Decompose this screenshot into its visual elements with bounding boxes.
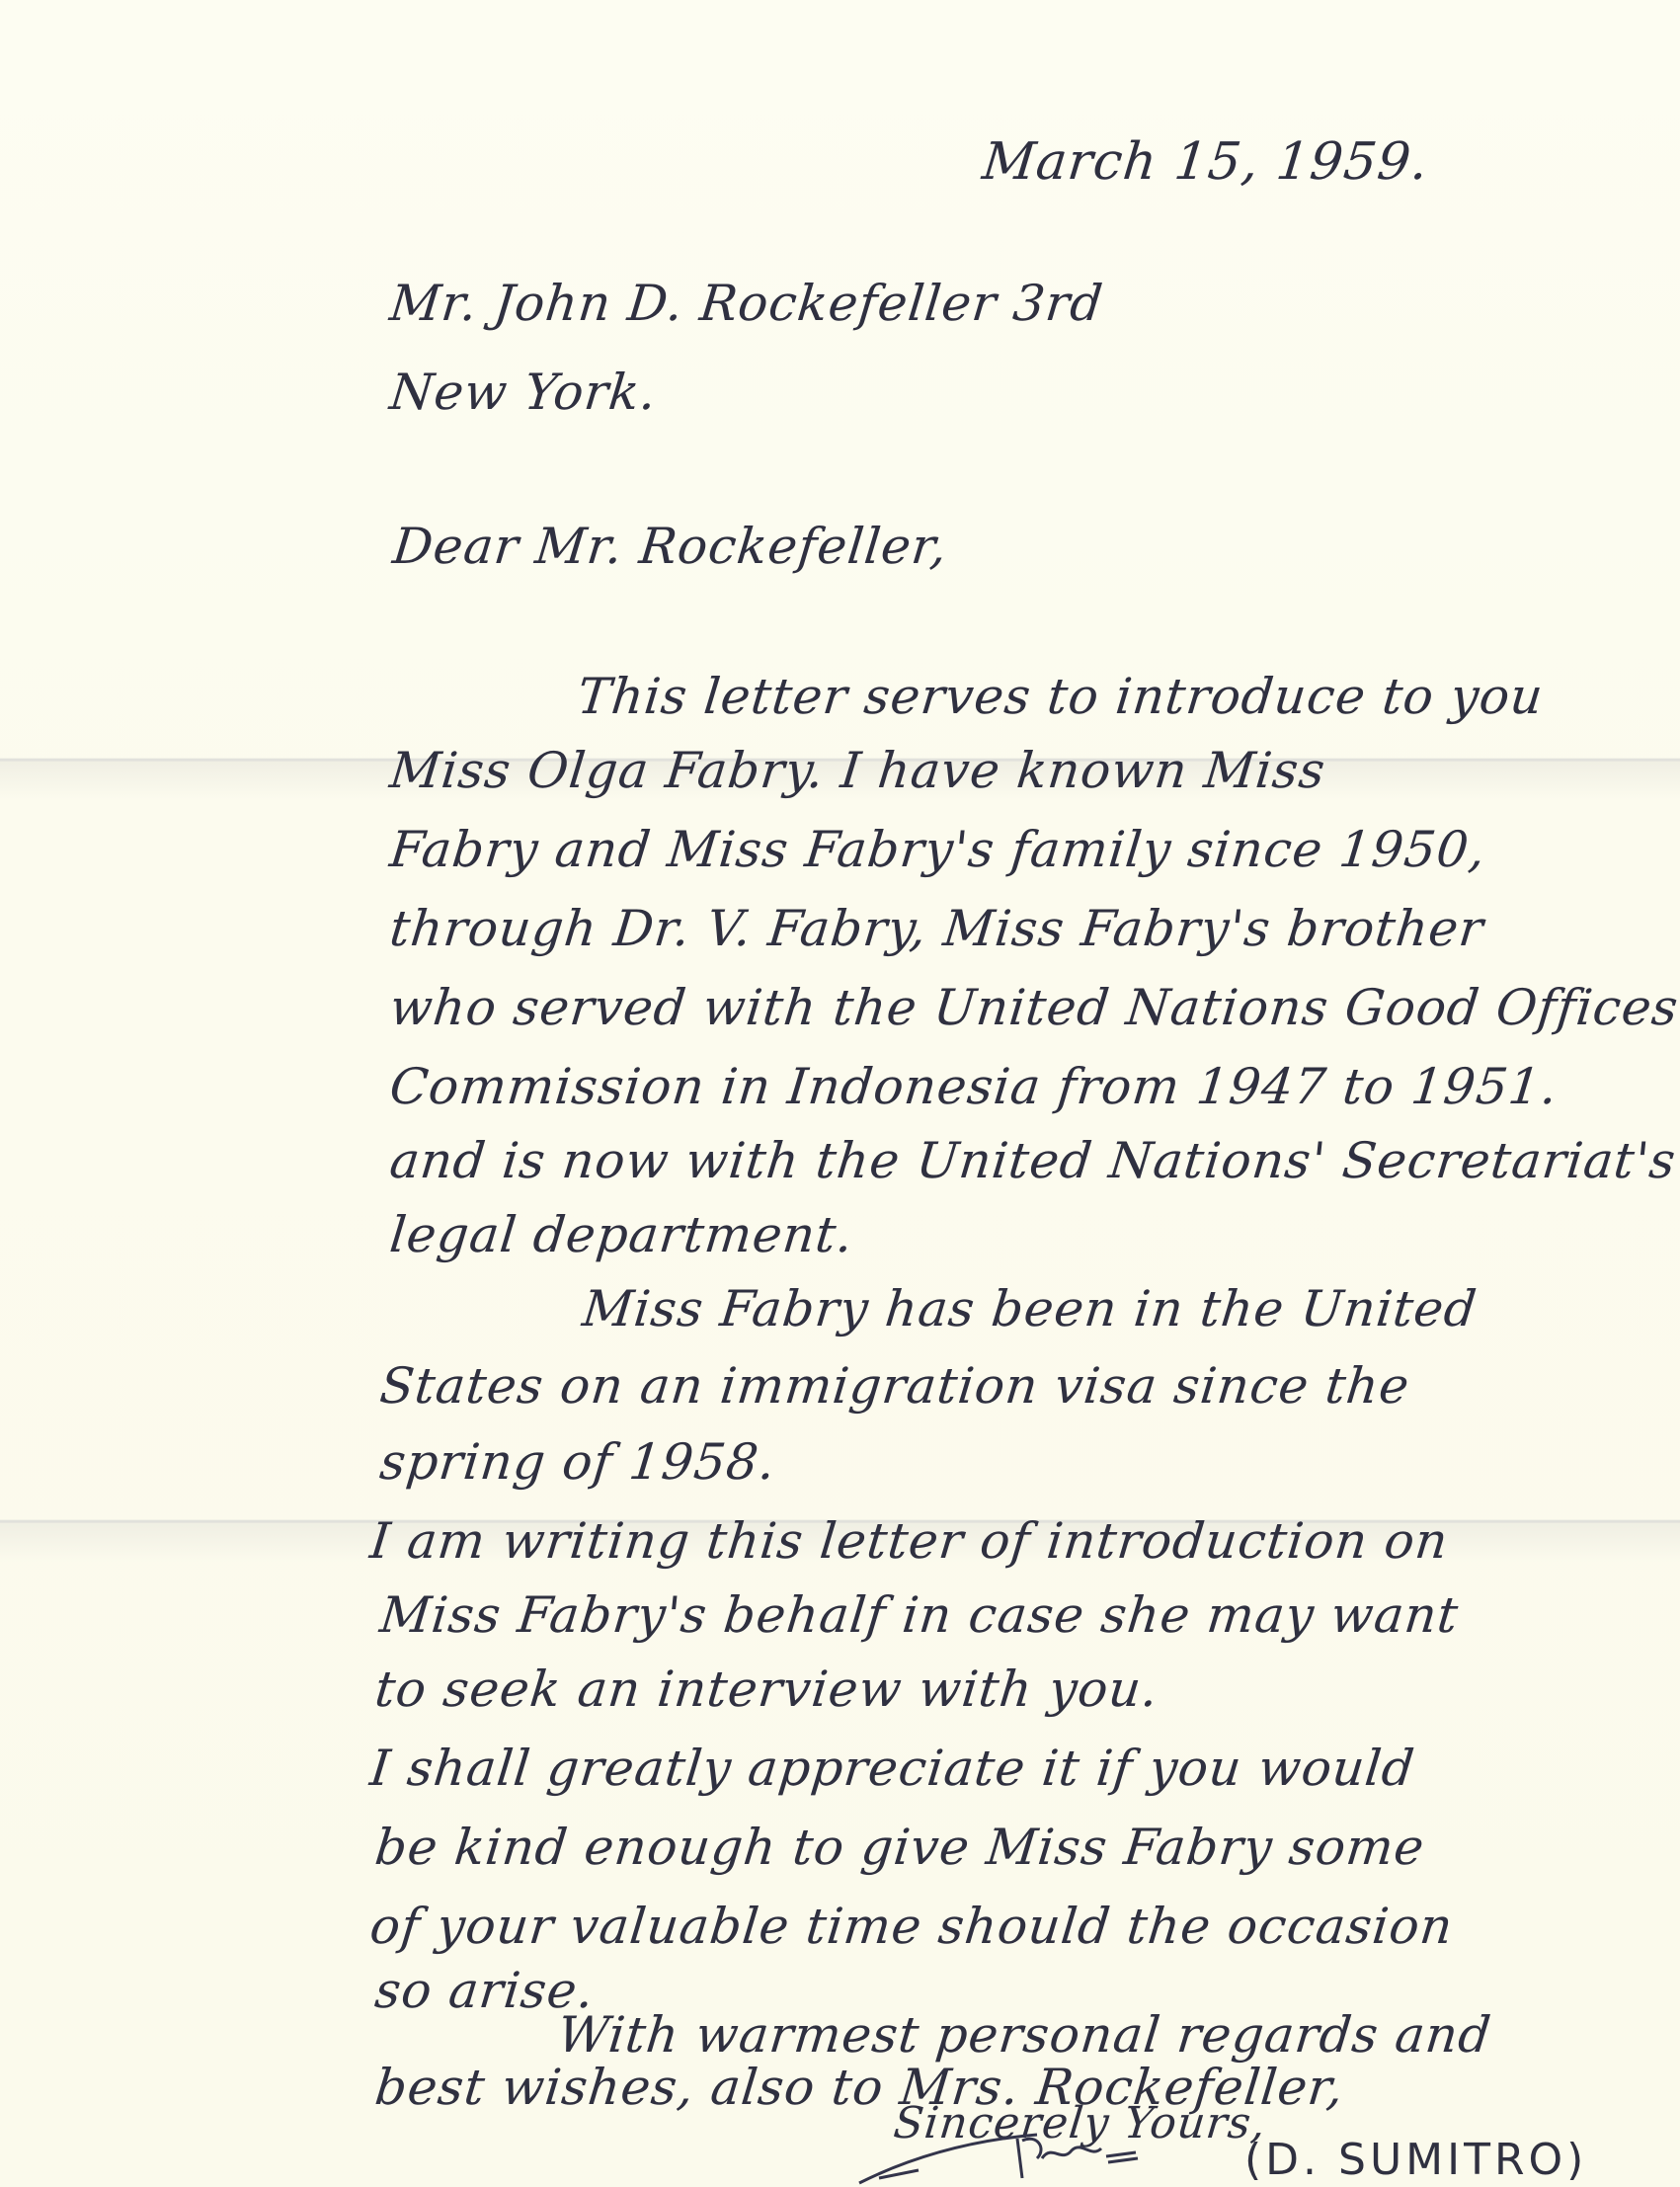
body-line-16: be kind enough to give Miss Fabry some <box>372 1822 1426 1872</box>
salutation: Dear Mr. Rockefeller, <box>390 522 950 571</box>
body-line-15: I shall greatly appreciate it if you wou… <box>367 1743 1417 1793</box>
signature-printed-name: (D. SUMITRO) <box>1244 2139 1587 2182</box>
body-line-13: Miss Fabry's behalf in case she may want <box>377 1590 1461 1640</box>
recipient-name: Mr. John D. Rockefeller 3rd <box>387 279 1105 328</box>
body-line-3: Fabry and Miss Fabry's family since 1950… <box>387 825 1488 874</box>
letter-page: March 15, 1959. Mr. John D. Rockefeller … <box>0 0 1680 2187</box>
body-line-10: States on an immigration visa since the <box>377 1361 1411 1411</box>
body-line-14: to seek an interview with you. <box>372 1664 1160 1714</box>
body-line-11: spring of 1958. <box>377 1437 778 1487</box>
body-line-6: Commission in Indonesia from 1947 to 195… <box>387 1062 1560 1111</box>
body-line-5: who served with the United Nations Good … <box>387 983 1680 1032</box>
body-line-4: through Dr. V. Fabry, Miss Fabry's broth… <box>387 904 1485 953</box>
body-line-9: Miss Fabry has been in the United <box>580 1284 1480 1334</box>
body-line-7: and is now with the United Nations' Secr… <box>387 1136 1678 1185</box>
letter-date: March 15, 1959. <box>980 136 1431 188</box>
body-line-2: Miss Olga Fabry. I have known Miss <box>387 746 1327 795</box>
body-line-12: I am writing this letter of introduction… <box>367 1516 1450 1566</box>
body-line-1: This letter serves to introduce to you <box>575 672 1546 721</box>
body-line-8: legal department. <box>387 1210 855 1259</box>
closing-line-1: With warmest personal regards and <box>555 2010 1493 2060</box>
recipient-city: New York. <box>387 367 659 417</box>
handwritten-signature-icon <box>849 2129 1225 2187</box>
body-line-17: of your valuable time should the occasio… <box>367 1902 1455 1951</box>
